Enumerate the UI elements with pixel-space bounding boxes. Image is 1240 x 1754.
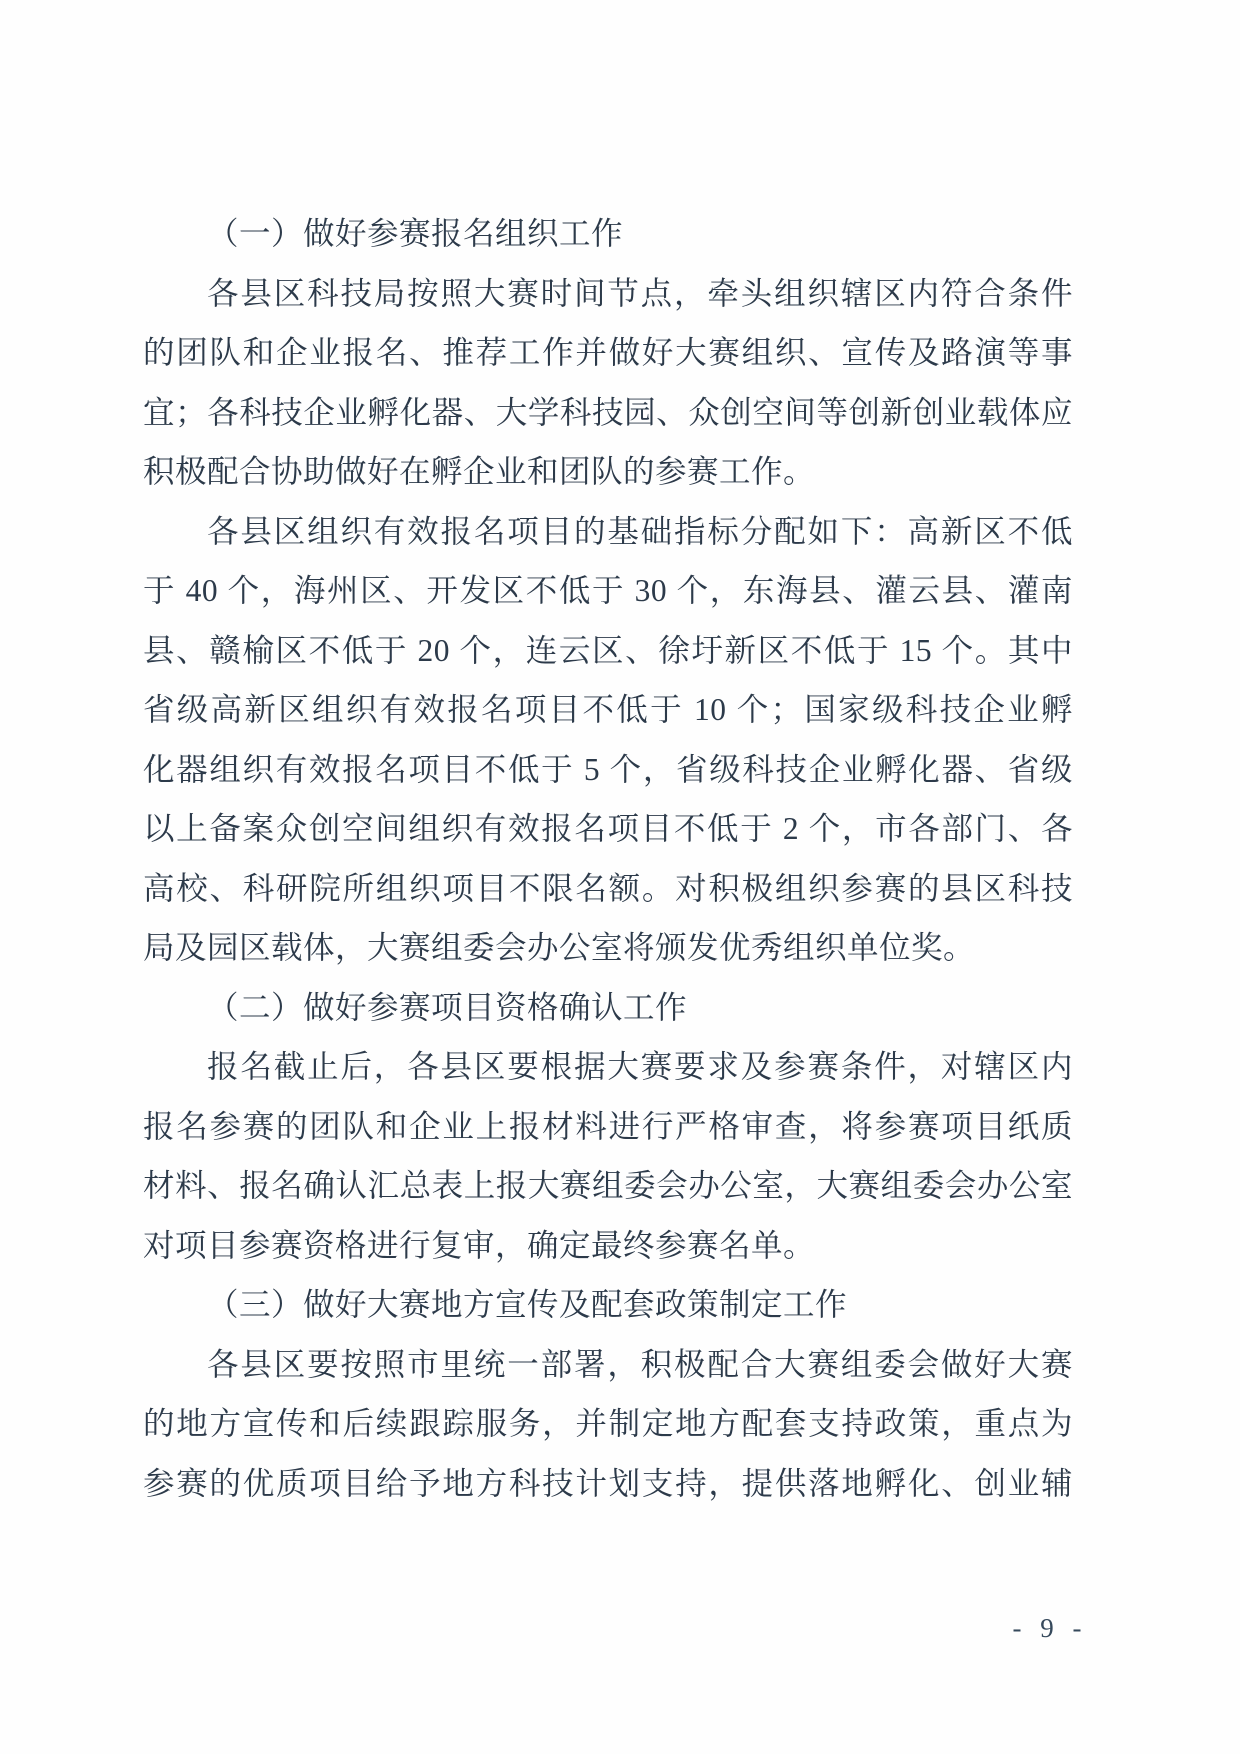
- body-line: 局及园区载体，大赛组委会办公室将颁发优秀组织单位奖。: [143, 918, 1073, 978]
- body-line: 于 40 个，海州区、开发区不低于 30 个，东海县、灌云县、灌南: [143, 561, 1073, 621]
- page-number: - 9 -: [990, 1608, 1110, 1648]
- body-line: 报名参赛的团队和企业上报材料进行严格审查，将参赛项目纸质: [143, 1097, 1073, 1157]
- section-heading-2: （二）做好参赛项目资格确认工作: [143, 978, 1073, 1038]
- body-line: 各县区组织有效报名项目的基础指标分配如下：高新区不低: [143, 502, 1073, 562]
- body-line: 的团队和企业报名、推荐工作并做好大赛组织、宣传及路演等事: [143, 323, 1073, 383]
- body-line: 参赛的优质项目给予地方科技计划支持，提供落地孵化、创业辅: [143, 1454, 1073, 1514]
- body-line: 报名截止后，各县区要根据大赛要求及参赛条件，对辖区内: [143, 1037, 1073, 1097]
- body-line: 的地方宣传和后续跟踪服务，并制定地方配套支持政策，重点为: [143, 1394, 1073, 1454]
- body-line: 积极配合协助做好在孵企业和团队的参赛工作。: [143, 442, 1073, 502]
- body-line: 高校、科研院所组织项目不限名额。对积极组织参赛的县区科技: [143, 859, 1073, 919]
- body-line: 材料、报名确认汇总表上报大赛组委会办公室，大赛组委会办公室: [143, 1156, 1073, 1216]
- body-line: 以上备案众创空间组织有效报名项目不低于 2 个，市各部门、各: [143, 799, 1073, 859]
- section-heading-3: （三）做好大赛地方宣传及配套政策制定工作: [143, 1275, 1073, 1335]
- body-line: 化器组织有效报名项目不低于 5 个，省级科技企业孵化器、省级: [143, 740, 1073, 800]
- body-line: 各县区科技局按照大赛时间节点，牵头组织辖区内符合条件: [143, 264, 1073, 324]
- section-heading-1: （一）做好参赛报名组织工作: [143, 204, 1073, 264]
- body-line: 县、赣榆区不低于 20 个，连云区、徐圩新区不低于 15 个。其中: [143, 621, 1073, 681]
- document-page: （一）做好参赛报名组织工作 各县区科技局按照大赛时间节点，牵头组织辖区内符合条件…: [0, 0, 1240, 1754]
- body-line: 宜；各科技企业孵化器、大学科技园、众创空间等创新创业载体应: [143, 383, 1073, 443]
- body-line: 对项目参赛资格进行复审，确定最终参赛名单。: [143, 1216, 1073, 1276]
- document-text-block: （一）做好参赛报名组织工作 各县区科技局按照大赛时间节点，牵头组织辖区内符合条件…: [143, 204, 1073, 1513]
- body-line: 各县区要按照市里统一部署，积极配合大赛组委会做好大赛: [143, 1335, 1073, 1395]
- body-line: 省级高新区组织有效报名项目不低于 10 个；国家级科技企业孵: [143, 680, 1073, 740]
